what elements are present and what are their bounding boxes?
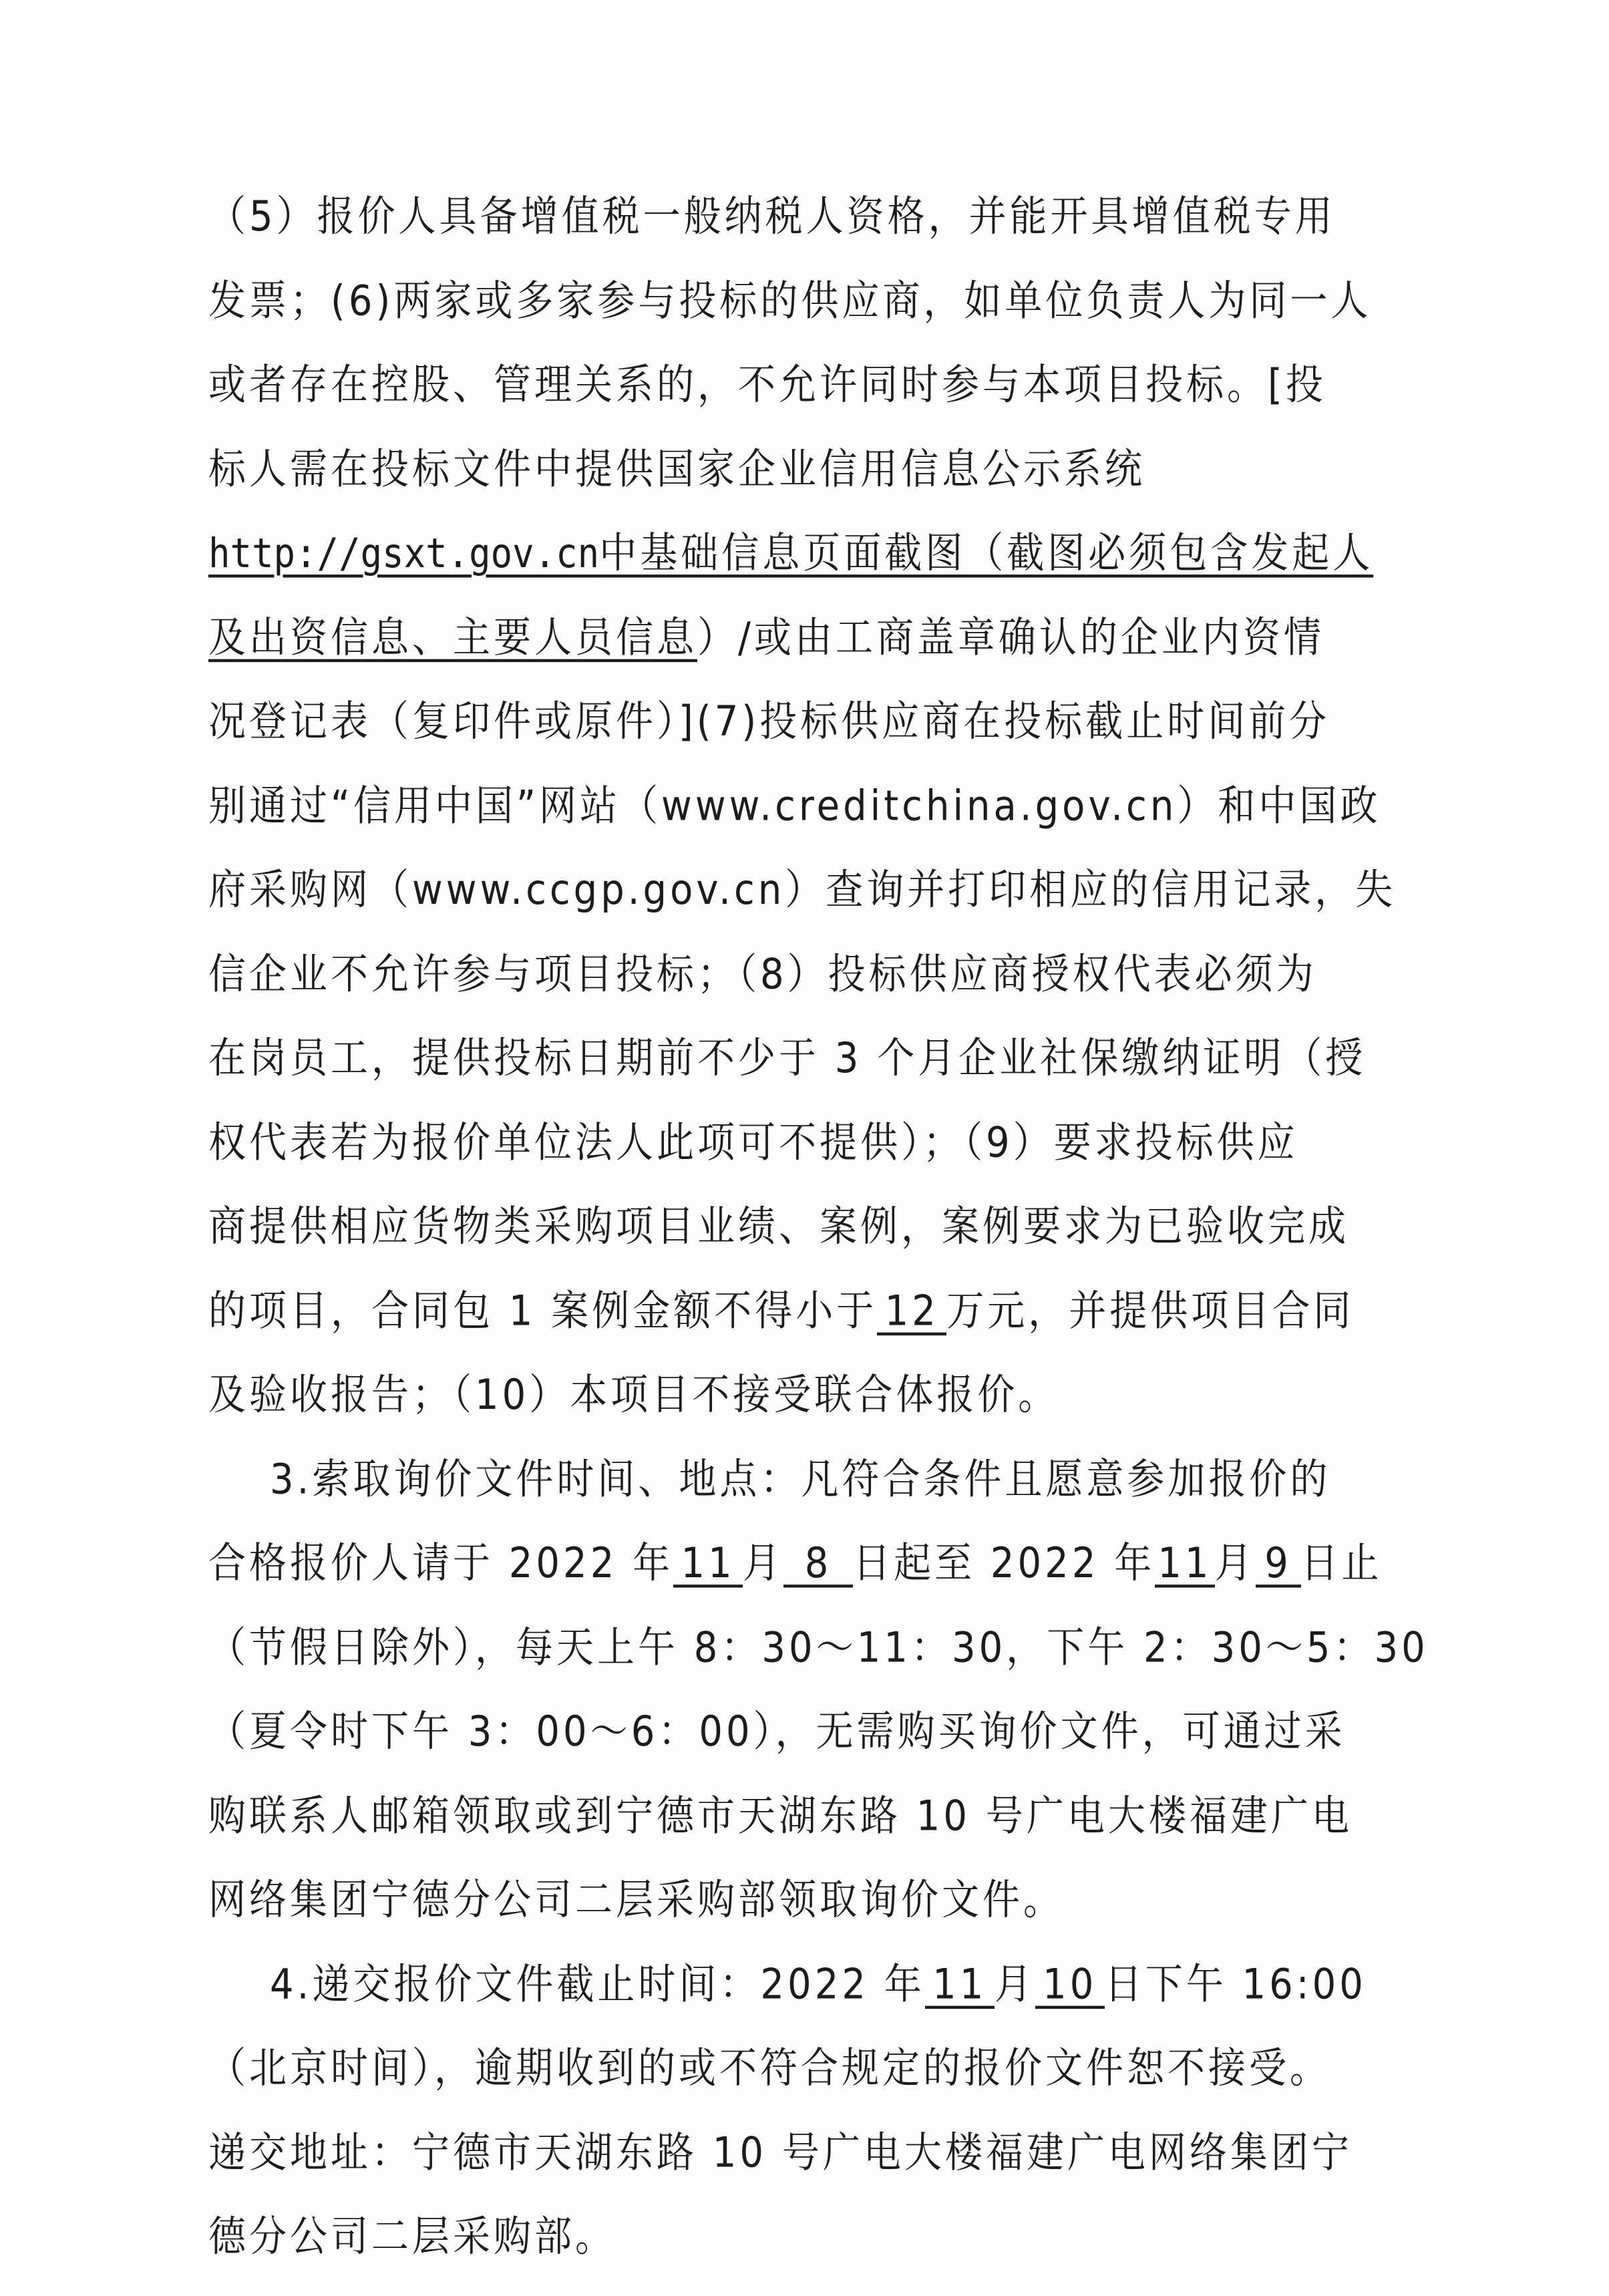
text-segment: 月 (1215, 1539, 1256, 1588)
text-segment: 月 (995, 1960, 1035, 2009)
start-day-blank: 8 (783, 1542, 853, 1587)
text-line: （夏令时下午 3：00～6：00），无需购买询价文件，可通过采 (208, 1690, 1437, 1774)
text-line: （节假日除外），每天上午 8：30～11：30，下午 2：30～5：30 (208, 1606, 1437, 1690)
text-line: （5）报价人具备增值税一般纳税人资格，并能开具增值税专用 (208, 175, 1437, 259)
text-line: 别通过“信用中国”网站（www.creditchina.gov.cn）和中国政 (208, 764, 1437, 848)
text-segment: 日起至 2022 年 (853, 1539, 1155, 1588)
text-line: 的项目，合同包 1 案例金额不得小于12万元，并提供项目合同 (208, 1269, 1437, 1353)
clause-5-to-10-paragraph: （5）报价人具备增值税一般纳税人资格，并能开具增值税专用 发票；(6)两家或多家… (208, 175, 1437, 1438)
text-line: 况登记表（复印件或原件）](7)投标供应商在投标截止时间前分 (208, 680, 1437, 764)
text-line: （北京时间），逾期收到的或不符合规定的报价文件恕不接受。 (208, 2027, 1437, 2111)
section-3-paragraph: 3.索取询价文件时间、地点：凡符合条件且愿意参加报价的 合格报价人请于 2022… (208, 1438, 1437, 1943)
case-amount-blank: 12 (877, 1290, 946, 1335)
text-line: 信企业不允许参与项目投标；（8）投标供应商授权代表必须为 (208, 933, 1437, 1017)
underlined-text-line: http://gsxt.gov.cn中基础信息页面截图（截图必须包含发起人 (208, 512, 1437, 596)
text-line: 府采购网（www.ccgp.gov.cn）查询并打印相应的信用记录，失 (208, 848, 1437, 933)
text-line: 合格报价人请于 2022 年11月8日起至 2022 年11月9日止 (208, 1522, 1437, 1606)
text-line: 购联系人邮箱领取或到宁德市天湖东路 10 号广电大楼福建广电 (208, 1774, 1437, 1858)
text-line: 标人需在投标文件中提供国家企业信用信息公示系统 (208, 428, 1437, 512)
text-line: 或者存在控股、管理关系的，不允许同时参与本项目投标。[投 (208, 343, 1437, 428)
text-line: 网络集团宁德分公司二层采购部领取询价文件。 (208, 1858, 1437, 1943)
document-body: （5）报价人具备增值税一般纳税人资格，并能开具增值税专用 发票；(6)两家或多家… (208, 175, 1437, 2279)
text-segment: 的项目，合同包 1 案例金额不得小于 (208, 1287, 877, 1335)
text-segment: 4.递交报价文件截止时间：2022 年 (270, 1960, 925, 2009)
underlined-text: 及出资信息、主要人员信息 (208, 613, 697, 662)
text-segment: 日下午 16:00 (1105, 1960, 1367, 2009)
text-line: 在岗员工，提供投标日期前不少于 3 个月企业社保缴纳证明（授 (208, 1017, 1437, 1101)
start-month-blank: 11 (673, 1542, 743, 1587)
deadline-day-blank: 10 (1035, 1963, 1105, 2008)
text-segment: 万元，并提供项目合同 (946, 1287, 1354, 1335)
text-segment: ）/或由工商盖章确认的企业内资情 (697, 613, 1324, 662)
end-day-blank: 9 (1256, 1542, 1301, 1587)
submission-address-line: 递交地址：宁德市天湖东路 10 号广电大楼福建广电网络集团宁 (208, 2111, 1437, 2195)
scanned-document-page: （5）报价人具备增值税一般纳税人资格，并能开具增值税专用 发票；(6)两家或多家… (0, 0, 1609, 2296)
text-line: 及出资信息、主要人员信息）/或由工商盖章确认的企业内资情 (208, 596, 1437, 680)
text-segment: 月 (743, 1539, 783, 1588)
end-month-blank: 11 (1155, 1542, 1214, 1587)
section-4-heading-line: 4.递交报价文件截止时间：2022 年11月10日下午 16:00 (208, 1943, 1437, 2027)
text-segment: 合格报价人请于 2022 年 (208, 1539, 673, 1588)
section-3-heading-line: 3.索取询价文件时间、地点：凡符合条件且愿意参加报价的 (208, 1438, 1437, 1522)
section-4-paragraph: 4.递交报价文件截止时间：2022 年11月10日下午 16:00 （北京时间）… (208, 1943, 1437, 2279)
deadline-month-blank: 11 (925, 1963, 995, 2008)
text-line: 商提供相应货物类采购项目业绩、案例，案例要求为已验收完成 (208, 1185, 1437, 1269)
text-line: 及验收报告；（10）本项目不接受联合体报价。 (208, 1353, 1437, 1438)
gsxt-url: http://gsxt.gov.cn (208, 530, 599, 577)
text-segment: 日止 (1301, 1539, 1383, 1588)
text-line: 德分公司二层采购部。 (208, 2195, 1437, 2279)
text-line: 发票；(6)两家或多家参与投标的供应商，如单位负责人为同一人 (208, 259, 1437, 343)
text-line: 权代表若为报价单位法人此项可不提供）；（9）要求投标供应 (208, 1101, 1437, 1185)
underlined-text: 中基础信息页面截图（截图必须包含发起人 (599, 529, 1373, 578)
